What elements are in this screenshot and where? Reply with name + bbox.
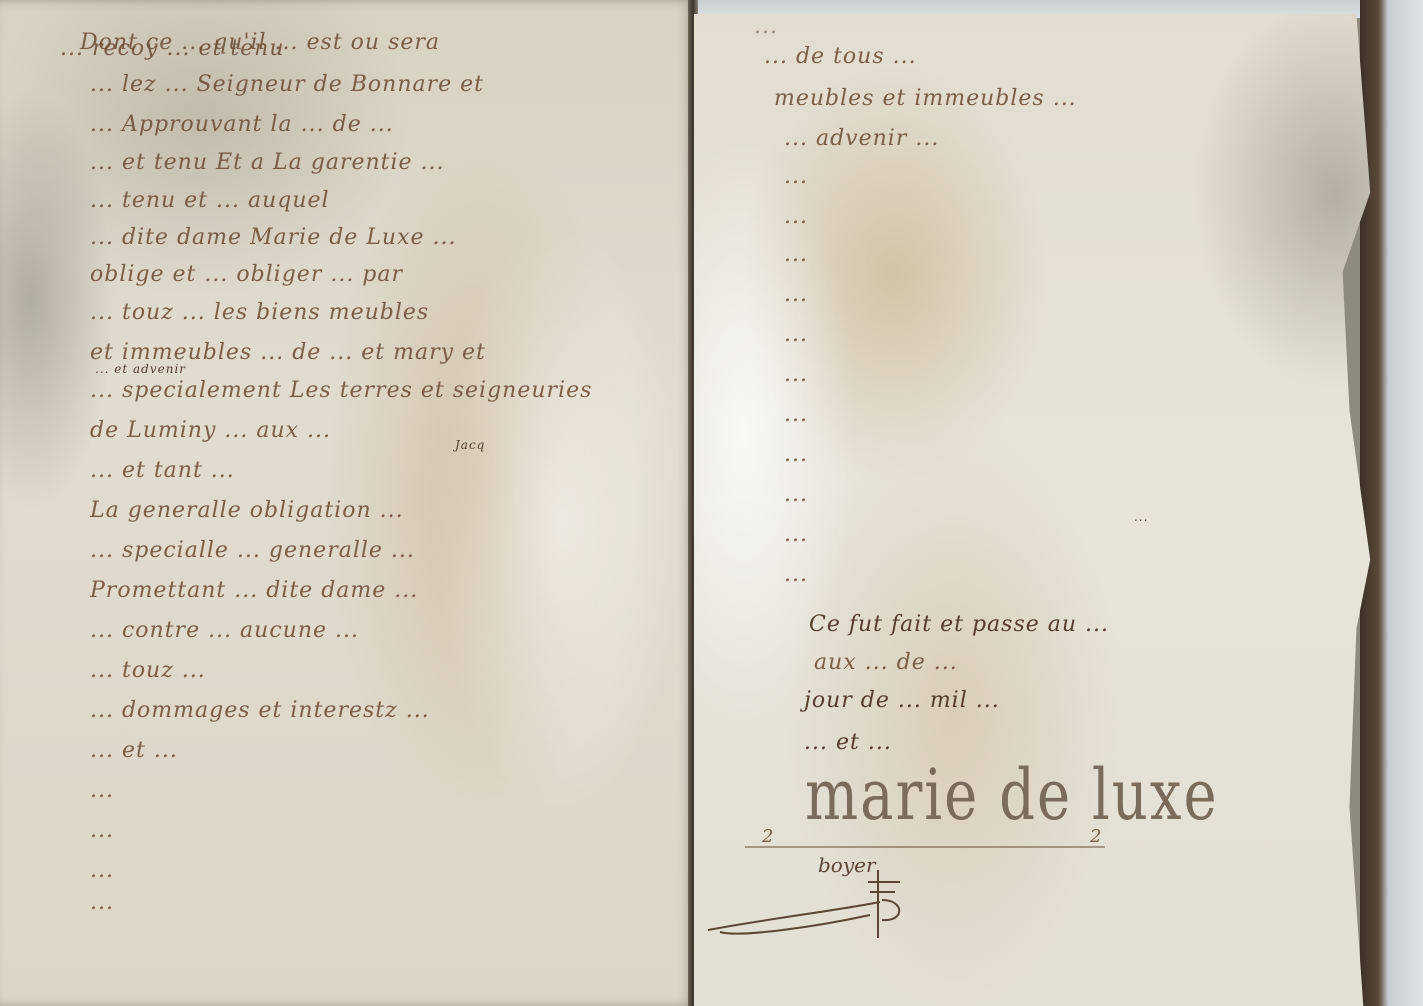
right-line: aux ... de ... (814, 650, 958, 675)
left-line: ... tenu et ... auquel (90, 188, 330, 213)
right-line: ... (784, 282, 808, 307)
left-line: ... (90, 778, 114, 803)
left-line: ... Approuvant la ... de ... (90, 112, 394, 137)
left-line: ... touz ... (90, 658, 206, 683)
left-line: ... touz ... les biens meubles (90, 300, 429, 325)
left-line: ... (90, 890, 114, 915)
left-line: Dont ce ... qu'il ... est ou sera (80, 30, 440, 55)
right-line: Ce fut fait et passe au ... (809, 612, 1109, 637)
left-line: ... et ... (90, 738, 178, 763)
right-line: ... (784, 242, 808, 267)
left-page: ... recoy ... et tenu Dont ce ... qu'il … (0, 0, 694, 1006)
left-line: ... et tant ... (90, 458, 235, 483)
left-line: de Luminy ... aux ... (90, 418, 331, 443)
interlinear-note: ... (1134, 510, 1148, 524)
right-line: ... (784, 562, 808, 587)
left-line: ... specialle ... generalle ... (90, 538, 415, 563)
right-line: meubles et immeubles ... (774, 86, 1077, 111)
left-line: ... (90, 818, 114, 843)
left-line: ... (90, 858, 114, 883)
page-mark: 2 (762, 826, 774, 847)
notary-paraph-icon (700, 860, 940, 940)
left-line: ... dite dame Marie de Luxe ... (90, 225, 457, 250)
right-line: ... (784, 362, 808, 387)
left-line: Promettant ... dite dame ... (90, 578, 418, 603)
right-line: ... (784, 522, 808, 547)
right-line: ... et ... (804, 730, 892, 755)
right-line: ... advenir ... (784, 126, 939, 151)
right-line: ... (784, 322, 808, 347)
left-line: oblige et ... obliger ... par (90, 262, 403, 287)
signature-rule (745, 846, 1105, 848)
left-line: La generalle obligation ... (90, 498, 404, 523)
right-line: ... (784, 204, 808, 229)
right-line: ... (784, 482, 808, 507)
left-line: ... lez ... Seigneur de Bonnare et (90, 72, 484, 97)
left-line: ... specialement Les terres et seigneuri… (90, 378, 592, 403)
right-line: ... (784, 164, 808, 189)
page-mark: 2 (1090, 826, 1102, 847)
right-line: ... (784, 442, 808, 467)
right-line: ... de tous ... (764, 44, 917, 69)
left-line: ... et tenu Et a La garentie ... (90, 150, 445, 175)
margin-note: ... et advenir (95, 362, 186, 376)
right-line: jour de ... mil ... (804, 688, 1000, 713)
left-line: ... contre ... aucune ... (90, 618, 359, 643)
right-line: ... (754, 14, 778, 39)
manuscript-photo: ... recoy ... et tenu Dont ce ... qu'il … (0, 0, 1423, 1006)
background-cloth (1360, 0, 1423, 1006)
margin-note: Jacq (455, 438, 485, 452)
left-line: ... dommages et interestz ... (90, 698, 430, 723)
signature-marie-de-luxe: marie de luxe (805, 755, 1219, 836)
right-page: ... ... de tous ... meubles et immeubles… (694, 14, 1384, 1006)
right-line: ... (784, 402, 808, 427)
